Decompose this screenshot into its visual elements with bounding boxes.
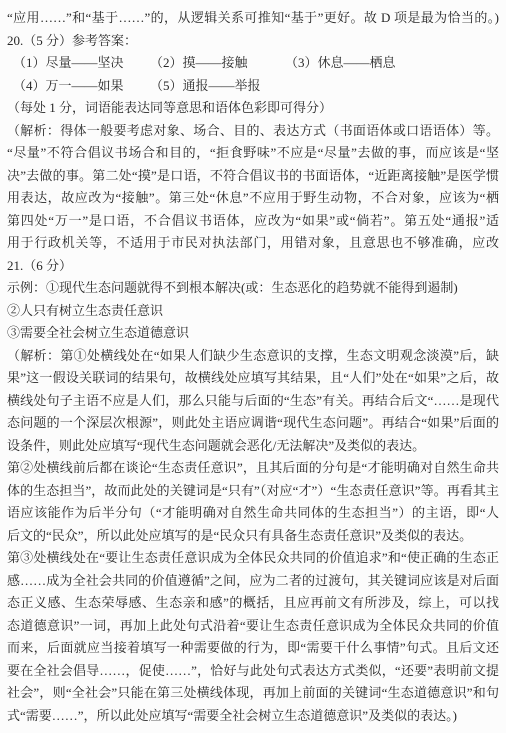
example-answer-line: 示例：①现代生态问题就得不到根本解决(或：生态恶化的趋势就不能得到遏制) [7, 277, 499, 300]
example-answer-line: ②人只有树立生态责任意识 [7, 300, 499, 323]
text-line: 设条件，则此处应填写“现代生态问题就会恶化/无法解决”及类似的表达。 [7, 435, 499, 458]
text-line: 式“需要……”，所以此处应填写“需要全社会树立生态道德意识”及类似的表达。) [7, 705, 499, 728]
text-line: 第四处“万一”是口语，不合倡议书语体，应改为“如果”或“倘若”。第五处“通报”适 [7, 210, 499, 233]
question-20-header: 20.（5 分）参考答案： [7, 30, 499, 53]
text-line: “尽量”不符合倡议书场合和目的，“拒食野味”不应是“尽量”去做的事，而应该是“坚 [7, 142, 499, 165]
example-answer-line: ③需要全社会树立生态道德意识 [7, 322, 499, 345]
text-line: （解析：得体一般要考虑对象、场合、目的、表达方式（书面语体或口语语体）等。第一处 [7, 120, 499, 143]
text-line: “应用……”和“基于……”的，从逻辑关系可推知“基于”更好。故 D 项是最为恰当… [7, 7, 499, 30]
answer-pair-item: （5）通报——举报 [150, 75, 285, 98]
text-line: 后文的“民众”，所以此处应填写的是“民众只有具备生态责任意识”及类似的表达。 [7, 525, 499, 548]
text-line: 用于行政机关等，不适用于市民对执法部门，用错对象，且意思也不够准确，应改为“举报… [7, 232, 499, 255]
text-line: 用表达，故应改为“接触”。第三处“休息”不应用于野生动物，不合对象，应该为“栖息… [7, 187, 499, 210]
answer-pair-item: （3）休息——栖息 [285, 52, 499, 75]
answer-pair-item: （2）摸——接触 [150, 52, 285, 75]
answer-pairs-row: （1）尽量——坚决 （2）摸——接触 （3）休息——栖息 [7, 52, 499, 75]
answer-pair-item: （4）万一——如果 [13, 75, 150, 98]
text-line: 决”去做的事。第二处“摸”是口语，不符合倡议书的书面语体，“近距离接触”是医学惯 [7, 165, 499, 188]
question-21-header: 21.（6 分） [7, 255, 499, 278]
answer-pair-item: （1）尽量——坚决 [13, 52, 150, 75]
text-line: 第③处横线处在“要让生态责任意识成为全体民众共同的价值追求”和“使正确的生态正义 [7, 547, 499, 570]
text-line: 态问题的一个深层次根源”，则此处主语应调谐“现代生态问题”。再结合“如果”后面的… [7, 412, 499, 435]
text-line: （解析：第①处横线处在“如果人们缺少生态意识的支撑，生态文明观念淡漠”后，缺少“… [7, 345, 499, 368]
text-line: 态正义感、生态荣辱感、生态亲和感”的概括，且应再前文有所涉及，综上，可以找到“生 [7, 592, 499, 615]
text-line: 要在全社会倡导……，促使……”，恰好与此处句式表达方式类似，“还要”表明前文提及… [7, 660, 499, 683]
scoring-note: （每处 1 分，词语能表达同等意思和语体色彩即可得分） [7, 97, 499, 120]
text-line: 感……成为全社会共同的价值遵循”之间，应为二者的过渡句，其关键词应该是对后面的“… [7, 570, 499, 593]
text-line: 态道德意识”一词，再加上此处句式沿着“要让生态责任意识成为全体民众共同的价值追求… [7, 615, 499, 638]
text-line: 果”这一假设关联词的结果句，故横线处应填写其结果，且“人们”处在“如果”之后，故 [7, 367, 499, 390]
text-line: 第②处横线前后都在谈论“生态责任意识”，且其后面的分句是“才能明确对自然生命共同 [7, 457, 499, 480]
text-line: 而来，后面就应当接着填写一种需要做的行为，即“需要干什么事情”句式。且后文还有“… [7, 637, 499, 660]
document-page: “应用……”和“基于……”的，从逻辑关系可推知“基于”更好。故 D 项是最为恰当… [0, 0, 506, 733]
text-line: 社会”，则“全社会”只能在第三处横线体现，再加上前面的关键词“生态道德意识”和句 [7, 682, 499, 705]
text-line: 体的生态担当”，故而此处的关键词是“只有”（对应“才”）“生态责任意识”等。再看… [7, 480, 499, 503]
answer-pairs-row: （4）万一——如果 （5）通报——举报 [7, 75, 499, 98]
text-line: 语应该能作为后半分句（“才能明确对自然生命共同体的生态担当”）的主语，即“人们”… [7, 502, 499, 525]
text-line: 横线处句子主语不应是人们，那么只能与后面的“生态”有关。再结合后文“……是现代生 [7, 390, 499, 413]
